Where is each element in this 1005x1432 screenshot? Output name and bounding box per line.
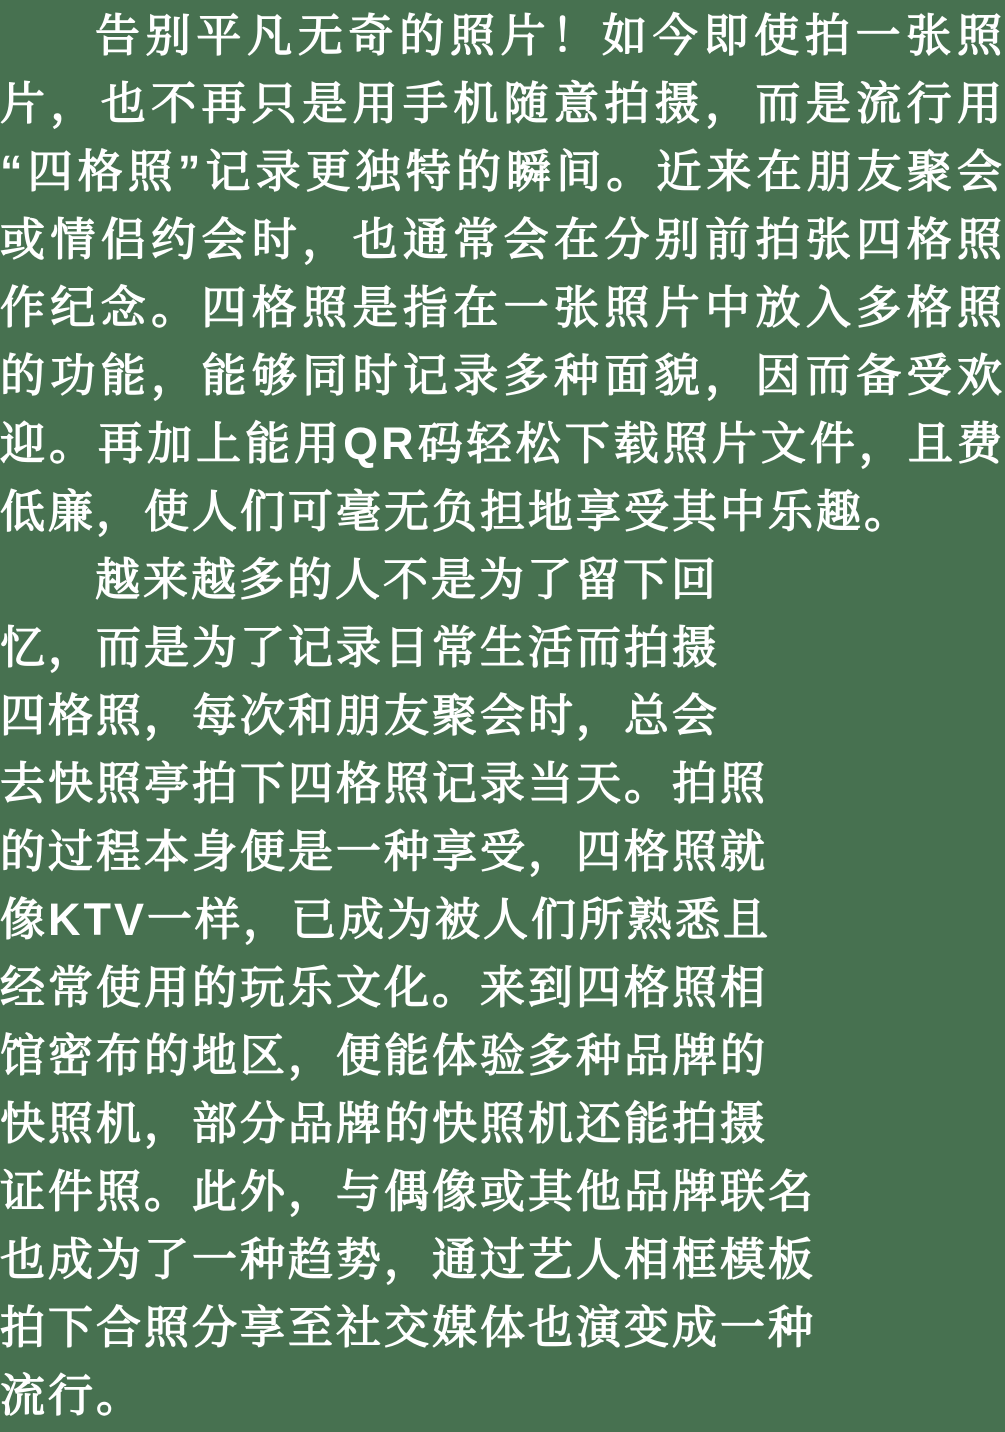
paragraph-1-line: 片，也不再只是用手机随意拍摄，而是流行用 bbox=[0, 70, 1005, 138]
page: { "page": { "background_color": "#477150… bbox=[0, 0, 1005, 1432]
paragraph-2-line: 去快照亭拍下四格照记录当天。拍照 bbox=[0, 750, 835, 818]
paragraph-1-line: 低廉，使人们可毫无负担地享受其中乐趣。 bbox=[0, 478, 1005, 546]
paragraph-1-line: 的功能，能够同时记录多种面貌，因而备受欢 bbox=[0, 342, 1005, 410]
paragraph-2-line: 的过程本身便是一种享受，四格照就 bbox=[0, 818, 835, 886]
paragraph-2: 越来越多的人不是为了留下回 忆，而是为了记录日常生活而拍摄 四格照，每次和朋友聚… bbox=[0, 546, 1005, 1430]
paragraph-2-line: 也成为了一种趋势，通过艺人相框模板 bbox=[0, 1226, 835, 1294]
paragraph-2-line: 像KTV一样，已成为被人们所熟悉且 bbox=[0, 886, 835, 954]
article: 告别平凡无奇的照片！如今即使拍一张照 片，也不再只是用手机随意拍摄，而是流行用 … bbox=[0, 0, 1005, 1430]
paragraph-1-line: 作纪念。四格照是指在一张照片中放入多格照片 bbox=[0, 274, 1005, 342]
paragraph-1: 告别平凡无奇的照片！如今即使拍一张照 片，也不再只是用手机随意拍摄，而是流行用 … bbox=[0, 2, 1005, 546]
paragraph-2-line: 快照机，部分品牌的快照机还能拍摄 bbox=[0, 1090, 835, 1158]
paragraph-1-line: 迎。再加上能用QR码轻松下载照片文件，且费用 bbox=[0, 410, 1005, 478]
paragraph-1-line: “四格照”记录更独特的瞬间。近来在朋友聚会 bbox=[0, 138, 1005, 206]
paragraph-2-line: 越来越多的人不是为了留下回 bbox=[0, 546, 835, 614]
paragraph-2-line: 流行。 bbox=[0, 1362, 835, 1430]
paragraph-2-line: 经常使用的玩乐文化。来到四格照相 bbox=[0, 954, 835, 1022]
paragraph-2-line: 四格照，每次和朋友聚会时，总会 bbox=[0, 682, 835, 750]
paragraph-2-line: 证件照。此外，与偶像或其他品牌联名 bbox=[0, 1158, 835, 1226]
paragraph-1-line: 或情侣约会时，也通常会在分别前拍张四格照留 bbox=[0, 206, 1005, 274]
paragraph-2-line: 忆，而是为了记录日常生活而拍摄 bbox=[0, 614, 835, 682]
paragraph-2-line: 馆密布的地区，便能体验多种品牌的 bbox=[0, 1022, 835, 1090]
paragraph-2-line: 拍下合照分享至社交媒体也演变成一种 bbox=[0, 1294, 835, 1362]
paragraph-1-line: 告别平凡无奇的照片！如今即使拍一张照 bbox=[0, 2, 1005, 70]
